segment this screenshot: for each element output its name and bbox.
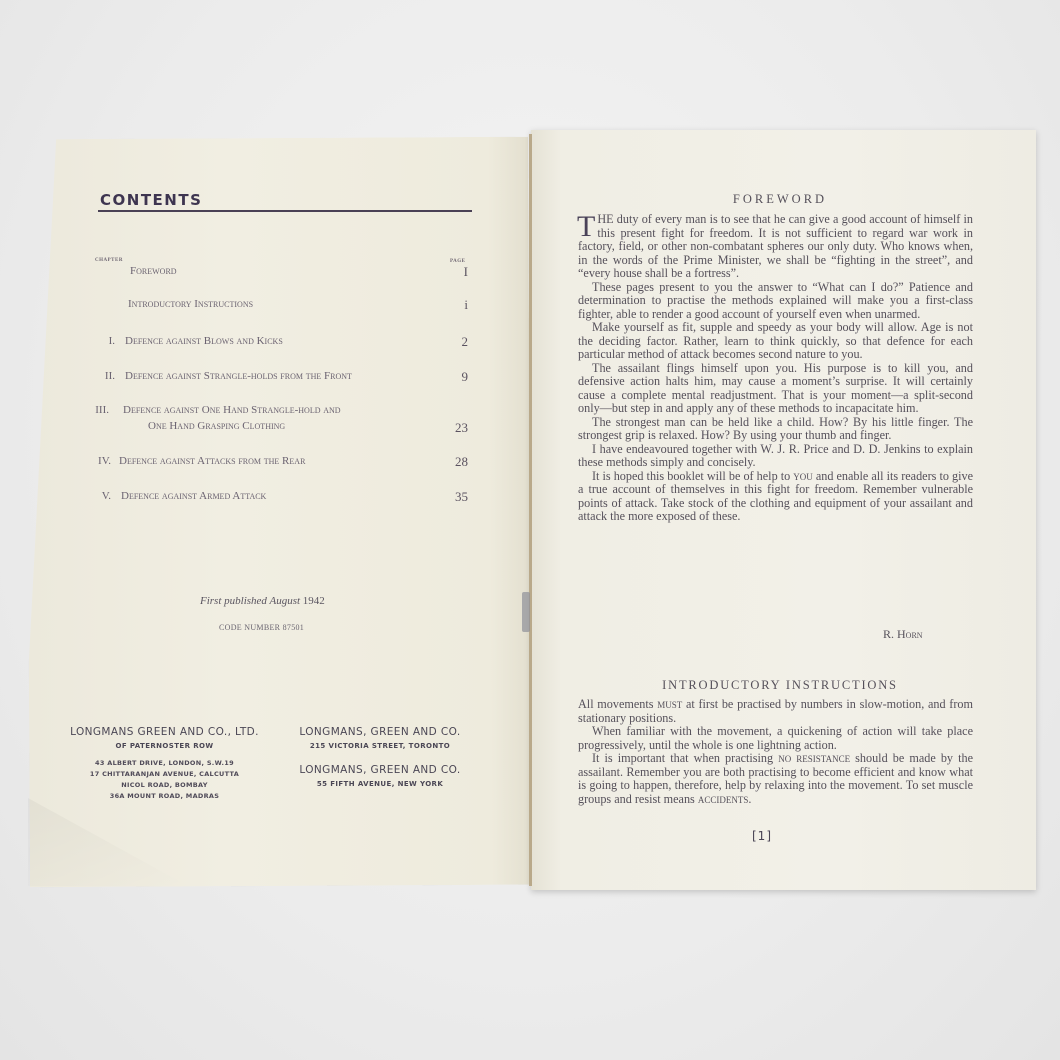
open-booklet: CONTENTS CHAPTER PAGE ForewordIIntroduct… [0, 0, 1060, 1060]
toc-page-number: i [448, 297, 468, 313]
foreword-title: FOREWORD [570, 192, 990, 207]
introductory-instructions-title: INTRODUCTORY INSTRUCTIONS [570, 678, 990, 693]
toc-title: Defence against Armed Attack [121, 490, 266, 502]
foreword-paragraph: Make yourself as fit, supple and speedy … [578, 321, 973, 362]
publisher-address: 215 VICTORIA STREET, TORONTO [285, 742, 475, 750]
page-number: [1] [752, 829, 772, 843]
toc-title: Defence against One Hand Strangle-hold a… [123, 404, 341, 416]
foreword-paragraph: I have endeavoured together with W. J. R… [578, 443, 973, 470]
toc-chapter-number: IV. [91, 455, 111, 467]
toc-entry: II.Defence against Strangle-holds from t… [95, 370, 470, 386]
instructions-paragraph: When familiar with the movement, a quick… [578, 725, 973, 752]
foreword-paragraph: It is hoped this booklet will be of help… [578, 470, 973, 524]
drop-cap: T [577, 214, 595, 239]
toc-entry: I.Defence against Blows and Kicks2 [95, 335, 470, 351]
toc-title: Foreword [130, 265, 177, 277]
publisher-address: 36A MOUNT ROAD, MADRAS [52, 791, 277, 802]
toc-entry: III.Defence against One Hand Strangle-ho… [95, 404, 470, 438]
paragraph-text: It is important that when practising [592, 751, 778, 765]
publisher-name: LONGMANS GREEN AND CO., LTD. [52, 726, 277, 738]
toc-page-number: 28 [448, 454, 468, 470]
first-published-text: First published August [200, 595, 300, 607]
paragraph-text: All movements [578, 697, 657, 711]
foreword-paragraph: The strongest man can be held like a chi… [578, 416, 973, 443]
publisher-sub: OF PATERNOSTER ROW [52, 742, 277, 750]
toc-chapter-number: II. [95, 370, 115, 382]
small-caps-text: accidents [698, 792, 749, 806]
toc-page-number: 2 [448, 334, 468, 350]
paragraph-text: It is hoped this booklet will be of help… [592, 469, 793, 483]
toc-title: Defence against Attacks from the Rear [119, 455, 305, 467]
small-caps-text: you [793, 469, 813, 483]
toc-title-continued: One Hand Grasping Clothing [148, 420, 285, 432]
foreword-paragraph: The assailant flings himself upon you. H… [578, 362, 973, 416]
foreword-paragraph: THE duty of every man is to see that he … [578, 213, 973, 281]
toc-title: Defence against Strangle-holds from the … [125, 370, 352, 382]
toc-entry: ForewordI [95, 265, 470, 281]
toc-page-number: 35 [448, 489, 468, 505]
heading-rule [98, 210, 472, 212]
small-caps-text: must [657, 697, 682, 711]
publisher-toronto: LONGMANS, GREEN AND CO. 215 VICTORIA STR… [285, 726, 475, 750]
toc-page-number: 23 [448, 420, 468, 436]
author-signature: R. Horn [883, 627, 923, 642]
toc-entry: Introductory Instructionsi [95, 298, 470, 314]
publisher-london: LONGMANS GREEN AND CO., LTD. OF PATERNOS… [52, 726, 277, 802]
book-gutter [529, 134, 532, 886]
toc-chapter-number: I. [95, 335, 115, 347]
contents-heading: CONTENTS [100, 191, 202, 209]
toc-title: Introductory Instructions [128, 298, 253, 310]
publisher-name: LONGMANS, GREEN AND CO. [285, 726, 475, 738]
toc-entry: V.Defence against Armed Attack35 [95, 490, 470, 506]
publisher-address: 17 CHITTARANJAN AVENUE, CALCUTTA [52, 769, 277, 780]
binding-mark [522, 592, 530, 632]
toc-chapter-number: III. [89, 404, 109, 416]
toc-title: Defence against Blows and Kicks [125, 335, 283, 347]
instructions-paragraph: All movements must at first be practised… [578, 698, 973, 725]
publisher-address: 55 FIFTH AVENUE, NEW YORK [285, 780, 475, 788]
toc-chapter-number: V. [91, 490, 111, 502]
toc-page-number: I [448, 264, 468, 280]
toc-entry: IV.Defence against Attacks from the Rear… [95, 455, 470, 471]
first-published: First published August 1942 [200, 595, 325, 607]
paragraph-text: HE duty of every man is to see that he c… [578, 212, 973, 280]
publisher-new-york: LONGMANS, GREEN AND CO. 55 FIFTH AVENUE,… [285, 764, 475, 788]
paragraph-text: . [748, 792, 751, 806]
foreword-paragraph: These pages present to you the answer to… [578, 281, 973, 322]
chapter-column-label: CHAPTER [95, 258, 123, 263]
foreword-body: THE duty of every man is to see that he … [578, 213, 973, 524]
first-published-year: 1942 [303, 595, 325, 607]
instructions-body: All movements must at first be practised… [578, 698, 973, 806]
toc-page-number: 9 [448, 369, 468, 385]
code-number: CODE NUMBER 87501 [219, 623, 304, 632]
instructions-paragraph: It is important that when practising no … [578, 752, 973, 806]
publisher-address: 43 ALBERT DRIVE, LONDON, S.W.19 [52, 758, 277, 769]
small-caps-text: no resistance [778, 751, 850, 765]
publisher-name: LONGMANS, GREEN AND CO. [285, 764, 475, 776]
publisher-address: NICOL ROAD, BOMBAY [52, 780, 277, 791]
